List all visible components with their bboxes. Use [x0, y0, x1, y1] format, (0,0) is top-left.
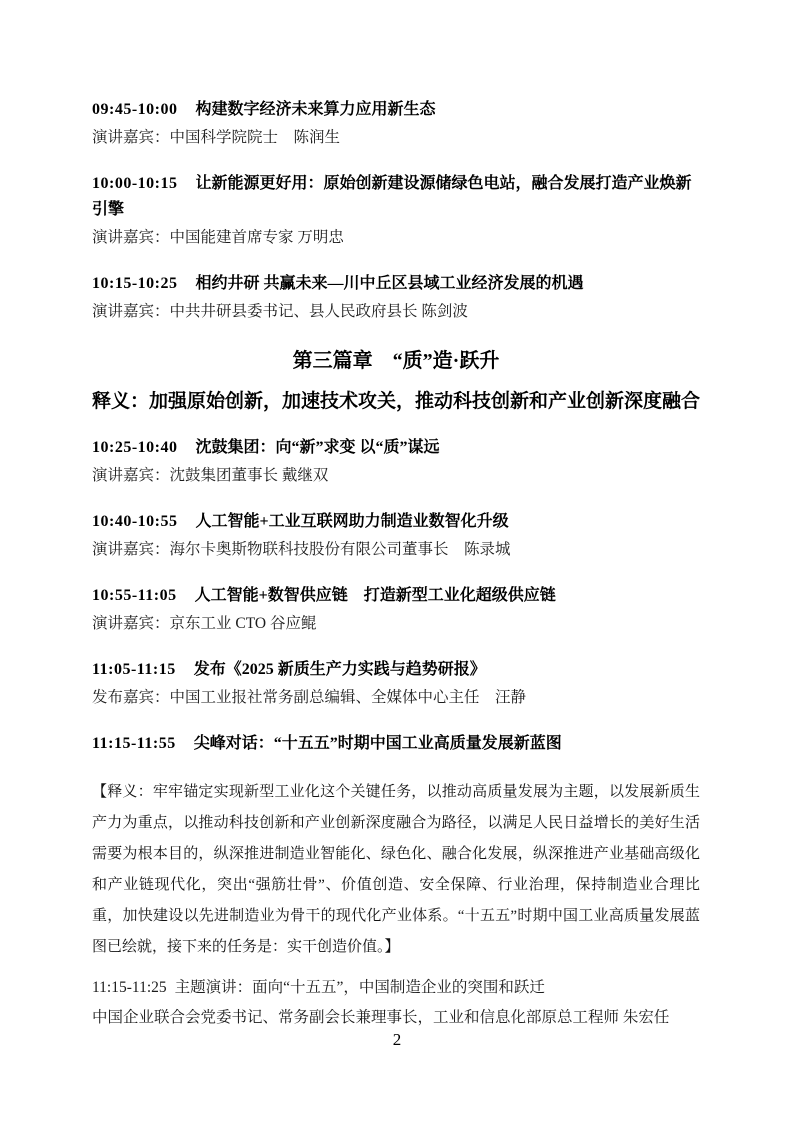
session-title: 10:25-10:40沈鼓集团：向“新”求变 以“质”谋远 — [92, 435, 700, 461]
session-time: 10:40-10:55 — [92, 513, 177, 530]
page-number: 2 — [0, 1030, 794, 1050]
session-title: 11:15-11:55尖峰对话：“十五五”时期中国工业高质量发展新蓝图 — [92, 731, 700, 757]
session-topic: 沈鼓集团：向“新”求变 以“质”谋远 — [195, 439, 439, 456]
session-time: 11:15-11:55 — [92, 735, 176, 752]
session-time: 10:25-10:40 — [92, 439, 177, 456]
keynote-speaker: 中国企业联合会党委书记、常务副会长兼理事长，工业和信息化部原总工程师 朱宏任 — [92, 1005, 700, 1031]
session-time: 11:05-11:15 — [92, 661, 176, 678]
session-block-1115: 11:15-11:55尖峰对话：“十五五”时期中国工业高质量发展新蓝图 — [92, 731, 700, 757]
session-speaker: 演讲嘉宾：京东工业 CTO 谷应鲲 — [92, 611, 700, 637]
session-block-1105: 11:05-11:15发布《2025 新质生产力实践与趋势研报》 发布嘉宾：中国… — [92, 657, 700, 711]
session-title: 10:15-10:25相约井研 共赢未来—川中丘区县域工业经济发展的机遇 — [92, 271, 700, 297]
session-block-1055: 10:55-11:05人工智能+数智供应链 打造新型工业化超级供应链 演讲嘉宾：… — [92, 583, 700, 637]
agenda-page: 09:45-10:00构建数字经济未来算力应用新生态 演讲嘉宾：中国科学院院士 … — [0, 0, 794, 1123]
session-block-1025: 10:25-10:40沈鼓集团：向“新”求变 以“质”谋远 演讲嘉宾：沈鼓集团董… — [92, 435, 700, 489]
session-topic: 相约井研 共赢未来—川中丘区县域工业经济发展的机遇 — [195, 275, 583, 292]
session-topic: 人工智能+数智供应链 打造新型工业化超级供应链 — [195, 587, 556, 604]
chapter-heading: 第三篇章 “质”造·跃升 — [92, 345, 700, 377]
session-speaker: 演讲嘉宾：中国科学院院士 陈润生 — [92, 125, 700, 151]
session-speaker: 发布嘉宾：中国工业报社常务副总编辑、全媒体中心主任 汪静 — [92, 685, 700, 711]
session-title: 11:05-11:15发布《2025 新质生产力实践与趋势研报》 — [92, 657, 700, 683]
session-time: 10:00-10:15 — [92, 175, 177, 192]
session-topic: 发布《2025 新质生产力实践与趋势研报》 — [194, 661, 486, 678]
session-block-0945: 09:45-10:00构建数字经济未来算力应用新生态 演讲嘉宾：中国科学院院士 … — [92, 97, 700, 151]
session-speaker: 演讲嘉宾：中国能建首席专家 万明忠 — [92, 225, 700, 251]
session-time: 09:45-10:00 — [92, 101, 177, 118]
chapter-definition: 释义：加强原始创新，加速技术攻关，推动科技创新和产业创新深度融合 — [92, 387, 700, 417]
session-title: 09:45-10:00构建数字经济未来算力应用新生态 — [92, 97, 700, 123]
session-speaker: 演讲嘉宾：海尔卡奥斯物联科技股份有限公司董事长 陈录城 — [92, 537, 700, 563]
session-block-1015: 10:15-10:25相约井研 共赢未来—川中丘区县域工业经济发展的机遇 演讲嘉… — [92, 271, 700, 325]
session-time: 10:55-11:05 — [92, 587, 177, 604]
session-time: 10:15-10:25 — [92, 275, 177, 292]
session-block-1040: 10:40-10:55人工智能+工业互联网助力制造业数智化升级 演讲嘉宾：海尔卡… — [92, 509, 700, 563]
session-topic: 让新能源更好用：原始创新建设源储绿色电站，融合发展打造产业焕新引擎 — [92, 175, 692, 218]
session-title: 10:00-10:15让新能源更好用：原始创新建设源储绿色电站，融合发展打造产业… — [92, 171, 700, 223]
session-topic: 尖峰对话：“十五五”时期中国工业高质量发展新蓝图 — [194, 735, 562, 752]
session-speaker: 演讲嘉宾：沈鼓集团董事长 戴继双 — [92, 463, 700, 489]
agenda-content: 09:45-10:00构建数字经济未来算力应用新生态 演讲嘉宾：中国科学院院士 … — [0, 0, 794, 1031]
session-topic: 人工智能+工业互联网助力制造业数智化升级 — [195, 513, 508, 530]
annotation-paragraph: 【释义：牢牢锚定实现新型工业化这个关键任务，以推动高质量发展为主题，以发展新质生… — [92, 777, 700, 963]
session-speaker: 演讲嘉宾：中共井研县委书记、县人民政府县长 陈剑波 — [92, 299, 700, 325]
session-block-1000: 10:00-10:15让新能源更好用：原始创新建设源储绿色电站，融合发展打造产业… — [92, 171, 700, 251]
session-title: 10:55-11:05人工智能+数智供应链 打造新型工业化超级供应链 — [92, 583, 700, 609]
session-topic: 构建数字经济未来算力应用新生态 — [195, 101, 435, 118]
session-title: 10:40-10:55人工智能+工业互联网助力制造业数智化升级 — [92, 509, 700, 535]
keynote-line: 11:15-11:25主题演讲：面向“十五五”，中国制造企业的突围和跃迁 — [92, 975, 700, 1001]
keynote-topic: 主题演讲：面向“十五五”，中国制造企业的突围和跃迁 — [175, 979, 545, 996]
keynote-time: 11:15-11:25 — [92, 979, 167, 996]
